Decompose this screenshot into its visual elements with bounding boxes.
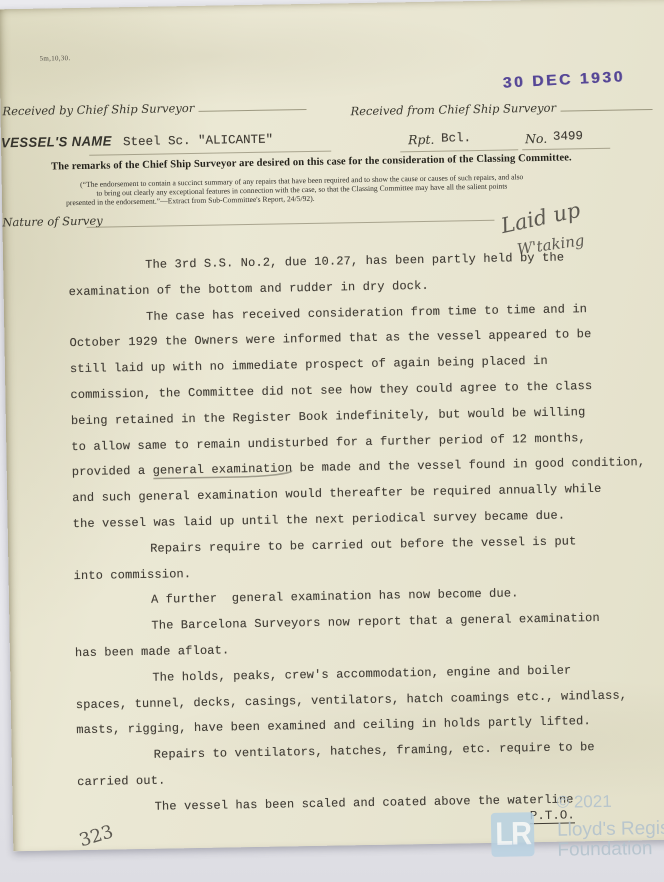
- received-by-blank-line: [198, 99, 306, 112]
- watermark-copyright: © 2021: [556, 792, 611, 813]
- typed-text: provided a: [72, 464, 153, 479]
- rpt-value: Bcl.: [441, 131, 471, 146]
- form-print-code: 5m,10,30.: [39, 54, 70, 63]
- pencil-page-number: 323: [77, 821, 116, 851]
- watermark-org-name-2: Foundation: [557, 838, 652, 862]
- typed-text-pencil-underlined: general examination: [153, 462, 293, 478]
- typed-body: The 3rd S.S. No.2, due 10.27, has been p…: [68, 244, 638, 821]
- scanned-survey-page: 5m,10,30. 30 DEC 1930 Received by Chief …: [0, 0, 664, 851]
- report-number: 3499: [553, 129, 583, 144]
- vessel-name-rule: [89, 150, 331, 156]
- nature-of-survey-row: Nature of Survey: [2, 212, 103, 232]
- received-from-blank-line: [560, 99, 652, 112]
- no-rule: [522, 147, 610, 151]
- nature-of-survey-rule: [86, 219, 494, 228]
- rpt-rule: [400, 148, 518, 152]
- lloyds-register-logo-icon: LR: [491, 812, 535, 857]
- typed-text: be made and the vessel found in good con…: [292, 456, 645, 476]
- vessel-name-label: VESSEL'S NAME: [1, 133, 112, 150]
- vessel-name-value: Steel Sc. "ALICANTE": [123, 133, 273, 150]
- received-by-row: Received by Chief Ship Surveyor: [2, 97, 306, 120]
- endorsement-note: (“The endorsement to contain a succinct …: [42, 172, 562, 208]
- lloyds-register-logo-text: LR: [495, 816, 530, 854]
- no-label: No.: [525, 131, 547, 146]
- received-by-label: Received by Chief Ship Surveyor: [2, 101, 194, 118]
- date-received-stamp: 30 DEC 1930: [502, 68, 625, 91]
- received-from-row: Received from Chief Ship Surveyor: [350, 97, 652, 120]
- received-from-label: Received from Chief Ship Surveyor: [350, 101, 556, 119]
- rpt-label: Rpt.: [408, 132, 435, 147]
